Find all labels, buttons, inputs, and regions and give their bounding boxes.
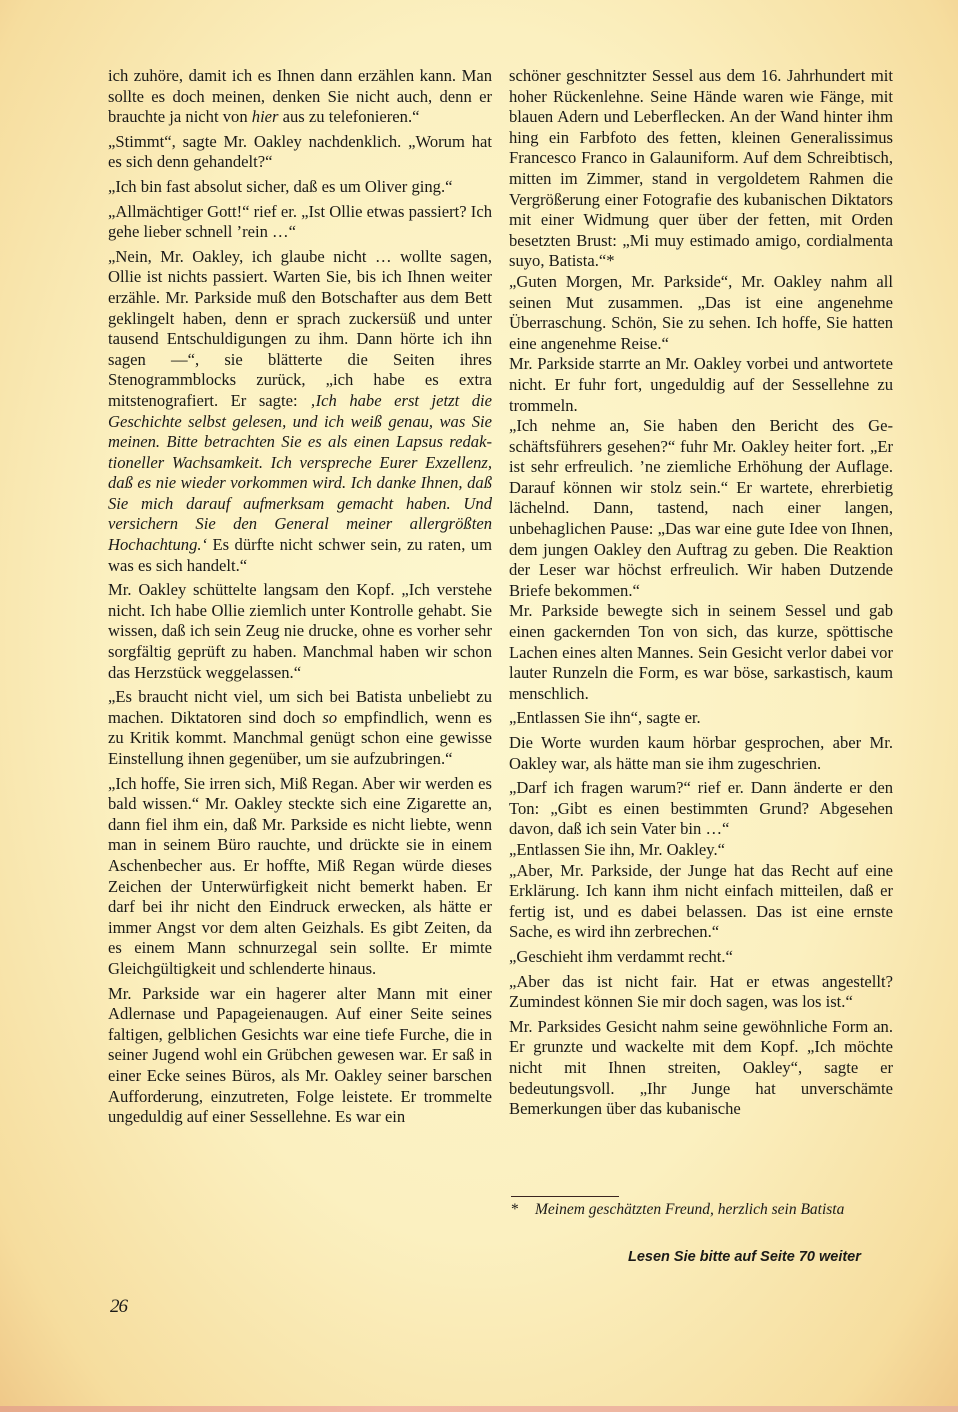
page-number: 26 <box>110 1296 127 1318</box>
paragraph: „Entlassen Sie ihn, Mr. Oakley.“ <box>509 840 893 861</box>
text-run: „Stimmt“, sagte Mr. Oakley nachdenklich.… <box>108 132 492 172</box>
footnote: * Meinem geschätzten Freund, herzlich se… <box>511 1200 885 1220</box>
text-run: Mr. Oakley schüttelte langsam den Kopf. … <box>108 580 492 681</box>
paragraph: „Aber das ist nicht fair. Hat er etwas a… <box>509 972 893 1013</box>
paragraph: Mr. Parkside war ein hagerer alter Mann … <box>108 984 492 1128</box>
text-run: „Ich hoffe, Sie irren sich, Miß Regan. A… <box>108 774 492 978</box>
text-run: „Entlassen Sie ihn“, sagte er. <box>509 708 701 727</box>
text-run: Mr. Parksides Gesicht nahm seine gewöhnl… <box>509 1017 893 1118</box>
text-run: „Allmächtiger Gott!“ rief er. „Ist Ollie… <box>108 202 492 242</box>
paragraph: Die Worte wurden kaum hörbar gesprochen,… <box>509 733 893 774</box>
text-run: schöner geschnitzter Sessel aus dem 16. … <box>509 66 893 270</box>
text-run: „Aber, Mr. Parkside, der Junge hat das R… <box>509 861 893 942</box>
paragraph: „Darf ich fragen warum?“ rief er. Dann ä… <box>509 778 893 840</box>
paragraph: schöner geschnitzter Sessel aus dem 16. … <box>509 66 893 272</box>
paragraph: „Ich hoffe, Sie irren sich, Miß Regan. A… <box>108 774 492 980</box>
paragraph: „Stimmt“, sagte Mr. Oakley nachdenklich.… <box>108 132 492 173</box>
paragraph: Mr. Parkside starrte an Mr. Oakley vorbe… <box>509 354 893 416</box>
text-run: „Entlassen Sie ihn, Mr. Oakley.“ <box>509 840 725 859</box>
text-run: „Geschieht ihm verdammt recht.“ <box>509 947 733 966</box>
paragraph: „Geschieht ihm verdammt recht.“ <box>509 947 893 968</box>
text-run: „Darf ich fragen warum?“ rief er. Dann ä… <box>509 778 893 838</box>
text-run: „Aber das ist nicht fair. Hat er etwas a… <box>509 972 893 1012</box>
paragraph: ich zuhöre, damit ich es Ihnen dann erzä… <box>108 66 492 128</box>
paragraph: Mr. Parkside bewegte sich in seinem Sess… <box>509 601 893 704</box>
paragraph: „Es braucht nicht viel, um sich bei Bati… <box>108 687 492 769</box>
text-run: „Ich bin fast absolut sicher, daß es um … <box>108 177 452 196</box>
italic-text: ‚Ich habe erst jetzt die Geschichte selb… <box>108 391 492 554</box>
left-column: ich zuhöre, damit ich es Ihnen dann erzä… <box>108 66 492 1132</box>
paragraph: „Allmächtiger Gott!“ rief er. „Ist Ollie… <box>108 202 492 243</box>
text-run: „Nein, Mr. Oakley, ich glaube nicht … wo… <box>108 247 492 410</box>
paragraph: „Ich bin fast absolut sicher, daß es um … <box>108 177 492 198</box>
right-column: schöner geschnitzter Sessel aus dem 16. … <box>509 66 893 1124</box>
text-run: Die Worte wurden kaum hörbar gesprochen,… <box>509 733 893 773</box>
text-run: aus zu telefonieren.“ <box>279 107 420 126</box>
text-run: Mr. Parkside starrte an Mr. Oakley vorbe… <box>509 354 893 414</box>
magazine-page: ich zuhöre, damit ich es Ihnen dann erzä… <box>0 0 958 1412</box>
italic-text: so <box>322 708 337 727</box>
paragraph: „Aber, Mr. Parkside, der Junge hat das R… <box>509 861 893 943</box>
text-run: Mr. Parkside war ein hagerer alter Mann … <box>108 984 492 1127</box>
paragraph: Mr. Oakley schüttelte langsam den Kopf. … <box>108 580 492 683</box>
paragraph: „Nein, Mr. Oakley, ich glaube nicht … wo… <box>108 247 492 577</box>
paragraph: „Ich nehme an, Sie haben den Bericht des… <box>509 416 893 601</box>
footnote-text: Meinem geschätzten Freund, herzlich sein… <box>535 1200 844 1220</box>
text-run: „Ich nehme an, Sie haben den Bericht des… <box>509 416 893 600</box>
footnote-divider <box>511 1196 619 1197</box>
continuation-notice: Lesen Sie bitte auf Seite 70 weiter <box>628 1249 861 1265</box>
paragraph: „Guten Morgen, Mr. Parkside“, Mr. Oakley… <box>509 272 893 354</box>
italic-text: hier <box>252 107 279 126</box>
paragraph: „Entlassen Sie ihn“, sagte er. <box>509 708 893 729</box>
text-run: Mr. Parkside bewegte sich in seinem Sess… <box>509 601 893 702</box>
paragraph: Mr. Parksides Gesicht nahm seine gewöhnl… <box>509 1017 893 1120</box>
text-run: „Guten Morgen, Mr. Parkside“, Mr. Oakley… <box>509 272 893 353</box>
footnote-marker: * <box>511 1200 535 1220</box>
